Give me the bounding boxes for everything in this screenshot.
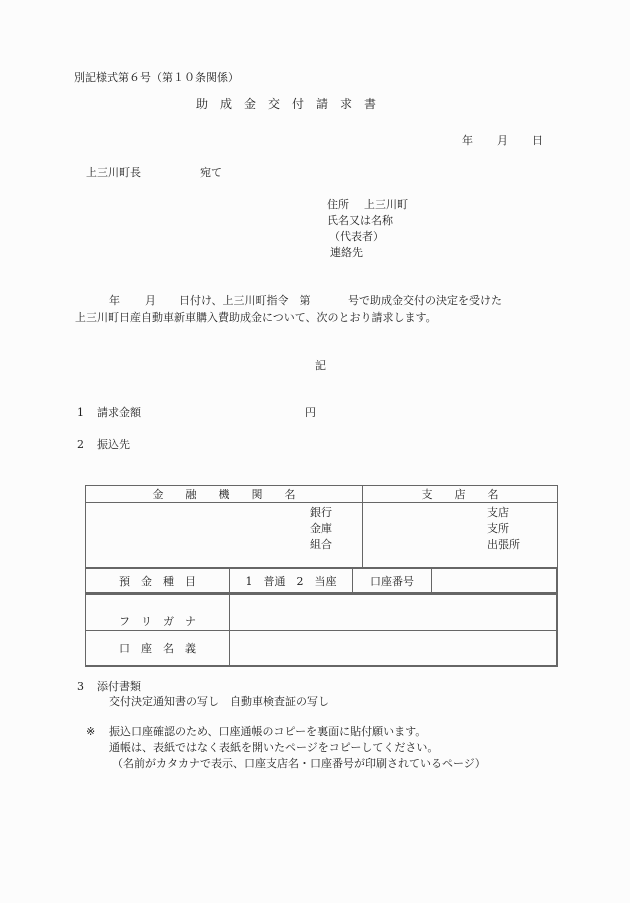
addressee-suffix: 宛て [200,166,222,180]
suffix-bank: 銀行 [310,505,332,521]
form-reference: 別記様式第６号（第１０条関係） [74,71,239,85]
date-day-label: 日 [532,134,543,148]
item1-unit: 円 [305,406,316,420]
deposit-type-options[interactable]: 1 普通 2 当座 [230,569,353,593]
name-label: 氏名又は名称 [327,214,393,228]
suffix-branch: 支店 [487,505,520,521]
representative-label: （代表者） [329,230,384,244]
note-line3: （名前がカタカナで表示、口座支店名・口座番号が印刷されているページ） [112,756,486,772]
institution-header: 金 融 機 関 名 [86,486,363,503]
suffix-office: 出張所 [487,537,520,553]
body-line2: 上三川町日産自動車新車購入費助成金について、次のとおり請求します。 [75,311,437,325]
item1-number: 1 [77,406,84,420]
item2-number: 2 [77,438,84,452]
account-holder-label: 口 座 名 義 [86,631,230,666]
suffix-kumiai: 組合 [310,537,332,553]
item3-content: 交付決定通知書の写し 自動車検査証の写し [109,695,329,709]
item3-number: 3 [77,680,84,694]
note-mark: ※ [86,724,95,740]
address-label: 住所 [327,198,349,212]
furigana-field[interactable] [230,595,557,631]
note-line1: 振込口座確認のため、口座通帳のコピーを裏面に貼付願います。 [109,724,426,740]
body-month: 月 [145,294,156,308]
account-number-field[interactable] [432,569,557,593]
branch-name-field[interactable]: 支店 支所 出張所 [363,503,558,568]
ki-label: 記 [315,359,326,373]
bank-account-table: 金 融 機 関 名 支 店 名 銀行 金庫 組合 支店 支所 出張所 預 金 種… [85,485,558,667]
address-value: 上三川町 [364,198,408,212]
deposit-type-label: 預 金 種 目 [86,569,230,593]
date-year-label: 年 [462,134,473,148]
account-holder-field[interactable] [230,631,557,666]
item1-label: 請求金額 [97,406,141,420]
body-date-rest: 日付け、上三川町指令 第 [179,294,311,308]
branch-header: 支 店 名 [363,486,558,503]
account-number-label: 口座番号 [353,569,432,593]
date-month-label: 月 [497,134,508,148]
document-title: 助成金交付請求書 [196,97,388,111]
body-line1-end: 号で助成金交付の決定を受けた [348,294,502,308]
item3-label: 添付書類 [97,680,141,694]
item2-label: 振込先 [97,438,130,452]
addressee-name: 上三川町長 [86,166,141,180]
note-line2: 通帳は、表紙ではなく表紙を開いたページをコピーしてください。 [109,740,438,756]
institution-name-field[interactable]: 銀行 金庫 組合 [86,503,363,568]
suffix-shinkin: 金庫 [310,521,332,537]
suffix-shisho: 支所 [487,521,520,537]
contact-label: 連絡先 [330,246,363,260]
body-year: 年 [109,294,120,308]
furigana-label: フ リ ガ ナ [86,595,230,631]
